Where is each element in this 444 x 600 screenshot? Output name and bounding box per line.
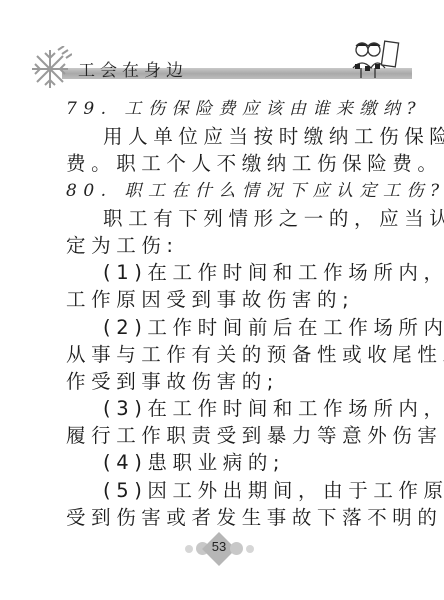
workers-cartoon-icon [345,38,401,80]
list-item-line: 作受到事故伤害的; [66,368,396,395]
page-body: 79. 工伤保险费应该由谁来缴纳? 用人单位应当按时缴纳工伤保险 费。职工个人不… [66,96,396,531]
ornament-dot-icon [185,545,193,553]
ornament-dot-icon [246,545,254,553]
snowflake-ornament-icon [28,46,72,92]
paragraph-line: 定为工伤: [66,232,396,259]
header-title: 工会在身边 [78,56,188,81]
list-item-line: 从事与工作有关的预备性或收尾性工 [66,341,396,368]
page-number-ornament: 53 [0,536,444,562]
paragraph-line: 费。职工个人不缴纳工伤保险费。 [66,150,396,177]
list-item-line: (5)因工外出期间，由于工作原因 [66,477,396,504]
list-item-line: (3)在工作时间和工作场所内，因 [66,395,396,422]
page-header: 工会在身边 [0,0,444,95]
list-item-line: (2)工作时间前后在工作场所内， [66,314,396,341]
list-item-line: 履行工作职责受到暴力等意外伤害的; [66,422,396,449]
list-item-line: (1)在工作时间和工作场所内，因 [66,259,396,286]
list-item-line: 工作原因受到事故伤害的; [66,286,396,313]
paragraph-line: 职工有下列情形之一的，应当认 [66,205,396,232]
question-heading: 80. 职工在什么情况下应认定工伤? [66,178,396,205]
list-item-line: 受到伤害或者发生事故下落不明的; [66,504,396,531]
paragraph-line: 用人单位应当按时缴纳工伤保险 [66,123,396,150]
ornament-dot-icon [230,542,243,555]
list-item-line: (4)患职业病的; [66,449,396,476]
question-heading: 79. 工伤保险费应该由谁来缴纳? [66,96,396,123]
